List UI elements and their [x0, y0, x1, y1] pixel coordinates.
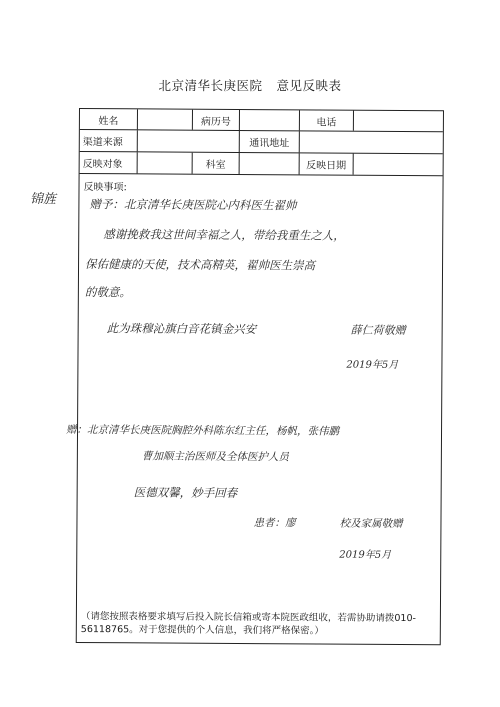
footer-note: （请您按照表格要求填写后投入院长信箱或寄本院医政组收，若需协助请拨010-561…: [81, 610, 439, 638]
letter1-blessing: 此为珠穆沁旗白音花镇金兴安: [107, 320, 257, 337]
target-label: 反映对象: [80, 152, 138, 173]
date-label: 反映日期: [300, 153, 354, 174]
phone-field[interactable]: [354, 111, 443, 132]
form-row-2: 渠道来源 通讯地址: [80, 130, 443, 154]
name-field[interactable]: [138, 109, 193, 129]
address-label: 通讯地址: [240, 131, 300, 152]
letter2-signature: 校及家属敬赠: [339, 516, 402, 531]
channel-label: 渠道来源: [80, 130, 138, 151]
address-field[interactable]: [300, 131, 443, 153]
letter1-signature: 薛仁荷敬赠: [351, 322, 406, 338]
record-number-field[interactable]: [240, 110, 300, 130]
department-label: 科室: [193, 153, 240, 174]
target-field[interactable]: [138, 152, 193, 173]
letter2-line3: 医德双馨，妙手回春: [134, 484, 238, 501]
feedback-form: 姓名 病历号 电话 渠道来源 通讯地址 反映对象 科室 反映日期 反映事项: 赠…: [76, 108, 444, 645]
department-field[interactable]: [240, 153, 300, 174]
form-row-1: 姓名 病历号 电话: [80, 109, 443, 132]
letter1-line4: 的敬意。: [85, 284, 131, 300]
form-row-3: 反映对象 科室 反映日期: [80, 152, 443, 176]
topic-label: 反映事项:: [83, 178, 126, 193]
letter1-line1: 赠予：北京清华长庚医院心内科医生翟帅: [89, 196, 296, 213]
letter1-line2: 感谢挽救我这世间幸福之人，带给我重生之人，: [103, 226, 345, 243]
hospital-name: 北京清华长庚医院: [158, 78, 262, 93]
date-field[interactable]: [354, 154, 443, 176]
name-label: 姓名: [80, 109, 138, 129]
letter1-date: 2019年5月: [346, 356, 398, 371]
record-number-label: 病历号: [193, 110, 240, 130]
letter2-date: 2019年5月: [339, 546, 391, 561]
letter2-line2: 曹加顺主治医师及全体医护人员: [142, 448, 289, 464]
form-name: 意见反映表: [277, 78, 342, 93]
feedback-content-area: 反映事项: 赠予：北京清华长庚医院心内科医生翟帅 感谢挽救我这世间幸福之人，带给…: [77, 174, 443, 646]
channel-field[interactable]: [138, 130, 240, 152]
letter2-signature-prefix: 患者：廖: [253, 515, 295, 530]
margin-handwritten-note: 锦旌: [30, 188, 56, 207]
letter1-line3: 保佑健康的天使，技术高精英，翟帅医生崇高: [85, 256, 315, 273]
form-title: 北京清华长庚医院意见反映表: [0, 76, 500, 94]
phone-label: 电话: [300, 110, 354, 130]
letter2-line1: 赠：北京清华长庚医院胸腔外科陈东红主任，杨帆，张伟鹏: [66, 422, 339, 439]
